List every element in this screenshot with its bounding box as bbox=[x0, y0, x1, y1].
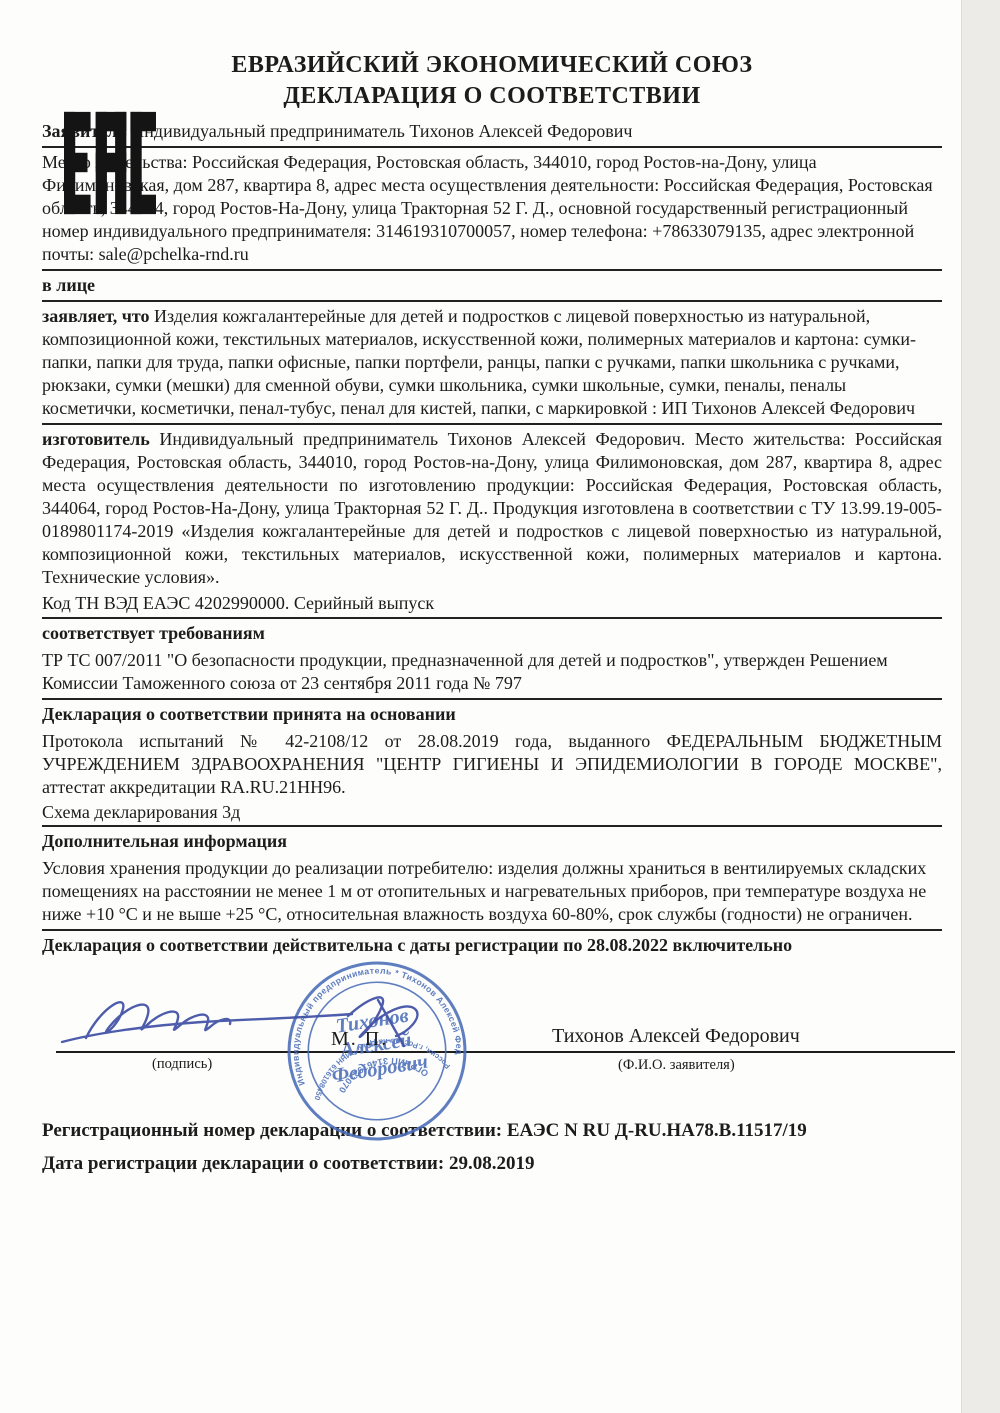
basis-heading: Декларация о соответствии принята на осн… bbox=[42, 701, 942, 728]
divider bbox=[42, 698, 942, 700]
applicant-value: Индивидуальный предприниматель Тихонов А… bbox=[131, 121, 632, 141]
in-person-label: в лице bbox=[42, 272, 942, 299]
manufacturer-paragraph: изготовитель Индивидуальный предпринимат… bbox=[42, 426, 942, 591]
handwritten-signature bbox=[52, 980, 442, 1065]
divider bbox=[42, 825, 942, 827]
divider bbox=[42, 300, 942, 302]
additional-heading: Дополнительная информация bbox=[42, 828, 942, 855]
applicant-line: Заявитель Индивидуальный предприниматель… bbox=[42, 118, 942, 145]
divider bbox=[42, 146, 942, 148]
compliance-heading: соответствует требованиям bbox=[42, 620, 942, 647]
compliance-text: ТР ТС 007/2011 "О безопасности продукции… bbox=[42, 647, 942, 697]
doc-title-union: ЕВРАЗИЙСКИЙ ЭКОНОМИЧЕСКИЙ СОЮЗ bbox=[42, 50, 942, 81]
mp-seal-mark: М. П. bbox=[331, 1028, 388, 1051]
registration-date-line: Дата регистрации декларации о соответств… bbox=[42, 1153, 942, 1175]
document-body: ЕВРАЗИЙСКИЙ ЭКОНОМИЧЕСКИЙ СОЮЗ ДЕКЛАРАЦИ… bbox=[42, 0, 942, 959]
document-page: ЕВРАЗИЙСКИЙ ЭКОНОМИЧЕСКИЙ СОЮЗ ДЕКЛАРАЦИ… bbox=[0, 0, 962, 1413]
fullname-caption: (Ф.И.О. заявителя) bbox=[618, 1057, 735, 1074]
applicant-address: Место жительства: Российская Федерация, … bbox=[42, 149, 942, 268]
additional-text: Условия хранения продукции до реализации… bbox=[42, 855, 942, 928]
divider bbox=[42, 929, 942, 931]
declaration-scheme: Схема декларирования 3д bbox=[42, 801, 942, 824]
validity-line: Декларация о соответствии действительна … bbox=[42, 932, 942, 959]
divider bbox=[42, 269, 942, 271]
applicant-fullname: Тихонов Алексей Федорович bbox=[552, 1025, 800, 1048]
manufacturer-label: изготовитель bbox=[42, 429, 150, 449]
divider bbox=[42, 423, 942, 425]
declares-paragraph: заявляет, что Изделия кожгалантерейные д… bbox=[42, 303, 942, 422]
eac-mark-icon bbox=[64, 111, 156, 215]
doc-title-declaration: ДЕКЛАРАЦИЯ О СООТВЕТСТВИИ bbox=[42, 81, 942, 112]
scan-edge-shadow bbox=[961, 0, 1000, 1413]
tnved-code-line: Код ТН ВЭД ЕАЭС 4202990000. Серийный вып… bbox=[42, 591, 942, 616]
divider bbox=[42, 617, 942, 619]
manufacturer-text: Индивидуальный предприниматель Тихонов А… bbox=[42, 429, 942, 587]
basis-text: Протокола испытаний № 42-2108/12 от 28.0… bbox=[42, 728, 942, 801]
registration-number-line: Регистрационный номер декларации о соотв… bbox=[42, 1120, 942, 1142]
declares-label: заявляет, что bbox=[42, 306, 150, 326]
declares-text: Изделия кожгалантерейные для детей и под… bbox=[42, 306, 916, 418]
